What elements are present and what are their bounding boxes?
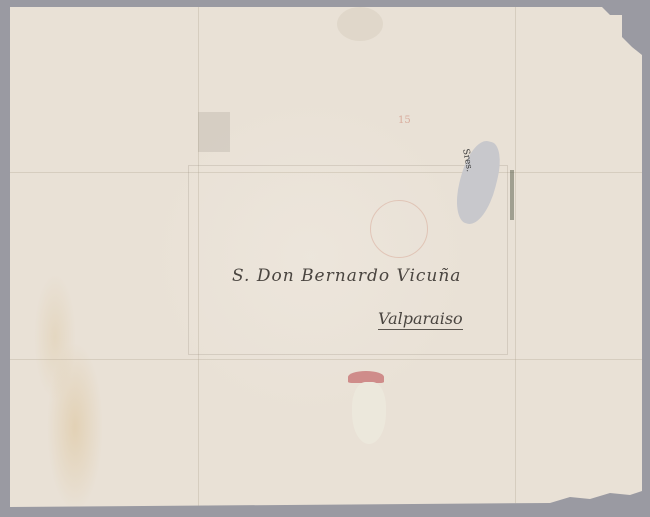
fold-line-horizontal-bottom — [10, 359, 642, 360]
red-circular-postmark — [370, 200, 428, 258]
faint-postmark-top — [337, 7, 383, 41]
faded-handstamp — [198, 112, 230, 152]
ink-mark-right — [510, 170, 514, 220]
seal-tear-hole — [352, 382, 386, 444]
red-rate-mark: 15 — [398, 115, 411, 126]
address-city: Valparaiso — [378, 309, 463, 330]
address-recipient: S. Don Bernardo Vicuña — [232, 266, 461, 286]
fold-line-vertical-right — [515, 7, 516, 507]
